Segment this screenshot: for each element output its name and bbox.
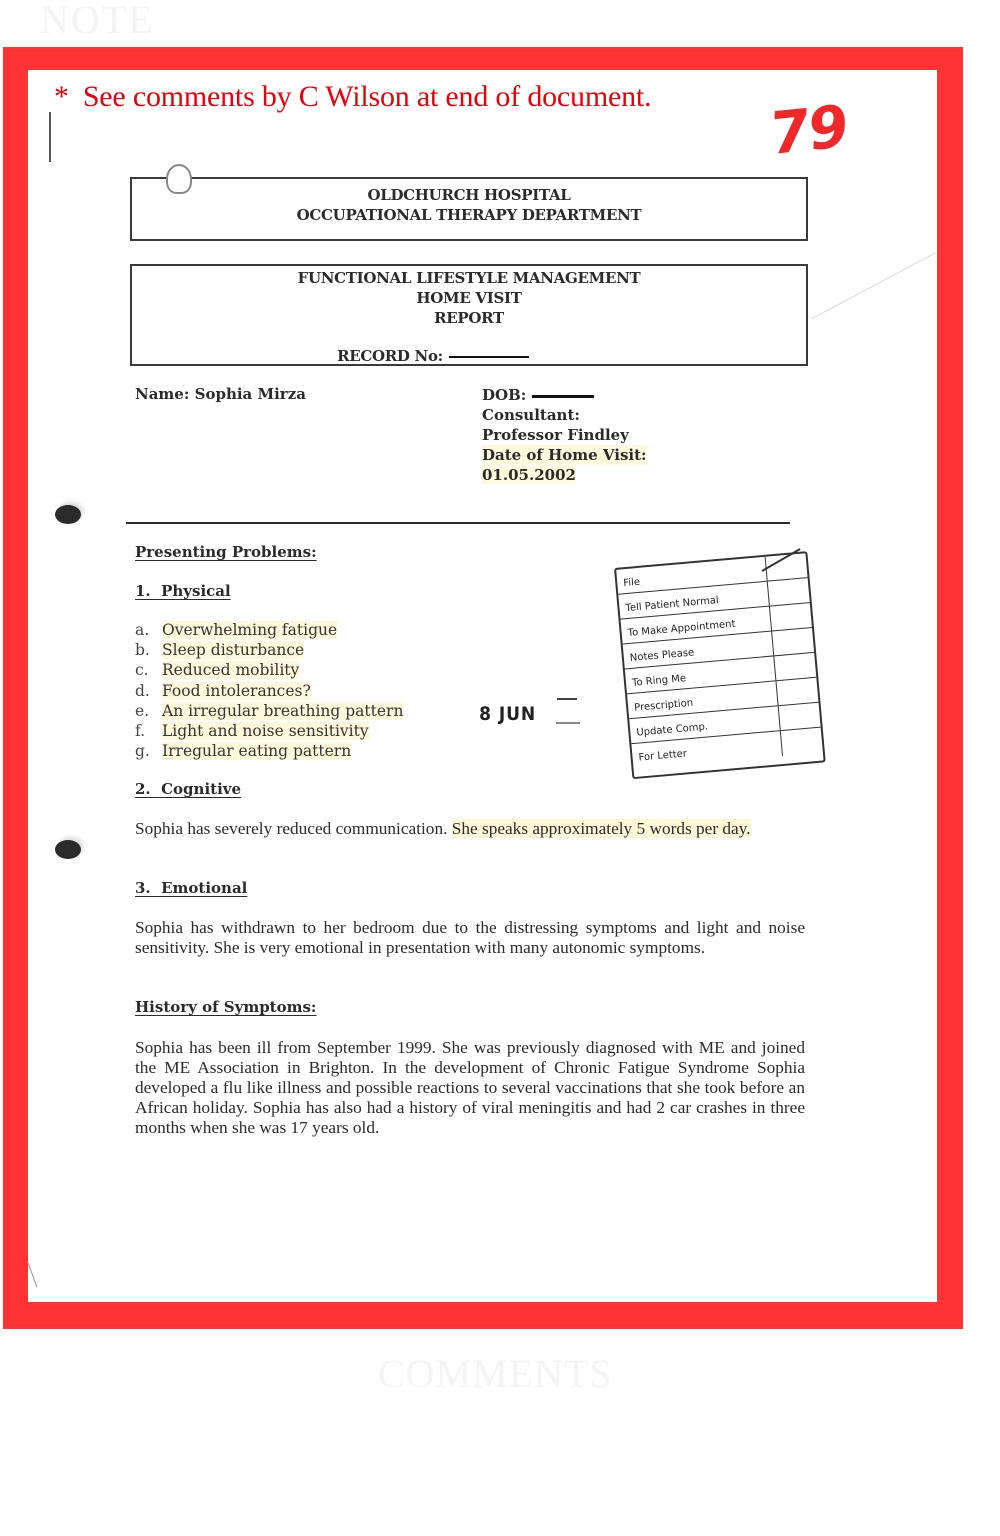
margin-mark	[49, 112, 51, 162]
comment-annotation: *See comments by C Wilson at end of docu…	[54, 80, 651, 114]
report-title-line1: FUNCTIONAL LIFESTYLE MANAGEMENT	[132, 268, 806, 288]
action-slip-checkbox	[773, 653, 816, 680]
redaction-bar	[532, 395, 594, 398]
action-slip-label: For Letter	[638, 748, 687, 763]
action-slip-checkbox	[771, 628, 814, 655]
redaction-bar	[449, 356, 529, 358]
list-item-label: e.	[135, 701, 162, 721]
punch-hole-icon	[55, 505, 81, 524]
emotional-paragraph: Sophia has withdrawn to her bedroom due …	[135, 918, 805, 958]
list-item-text: Sleep disturbance	[162, 641, 304, 659]
list-item-text: Overwhelming fatigue	[162, 621, 337, 639]
list-item: b.Sleep disturbance	[135, 640, 403, 660]
record-number: RECORD No:	[60, 346, 806, 366]
list-item-label: g.	[135, 741, 162, 761]
punch-hole-icon	[55, 840, 81, 859]
physical-problems-list: a.Overwhelming fatigueb.Sleep disturbanc…	[135, 620, 403, 761]
patient-name: Name: Sophia Mirza	[135, 385, 306, 403]
history-heading: History of Symptoms:	[135, 998, 316, 1016]
action-slip-checkbox	[780, 728, 823, 756]
list-item: c.Reduced mobility	[135, 660, 403, 680]
ghost-watermark-top: NOTE	[40, 0, 155, 43]
visit-date-value: 01.05.2002	[482, 465, 647, 485]
hospital-header-box: OLDCHURCH HOSPITAL OCCUPATIONAL THERAPY …	[130, 177, 808, 241]
list-item: a.Overwhelming fatigue	[135, 620, 403, 640]
consultant-value: Professor Findley	[482, 425, 647, 445]
list-item: f.Light and noise sensitivity	[135, 721, 403, 741]
binder-ring-icon	[166, 164, 192, 194]
handwritten-page-number: 79	[769, 92, 848, 169]
action-slip-label: Prescription	[634, 698, 694, 714]
consultant-label: Consultant:	[482, 405, 647, 425]
report-title-box: FUNCTIONAL LIFESTYLE MANAGEMENT HOME VIS…	[130, 264, 808, 366]
list-item-text: Irregular eating pattern	[162, 742, 351, 760]
cognitive-heading: 2. Cognitive	[135, 780, 241, 798]
action-slip-checkbox	[778, 703, 821, 730]
list-item-text: Reduced mobility	[162, 661, 299, 679]
action-slip-label: Update Comp.	[636, 721, 708, 738]
cognitive-paragraph: Sophia has severely reduced communicatio…	[135, 819, 805, 839]
divider	[126, 522, 790, 524]
record-label: RECORD No:	[337, 347, 443, 365]
list-item-text: An irregular breathing pattern	[162, 702, 403, 720]
annotation-text: See comments by C Wilson at end of docum…	[83, 80, 652, 113]
action-slip-label: To Ring Me	[632, 673, 687, 689]
physical-heading: 1. Physical	[135, 582, 231, 600]
date-stamp: 8 JUN	[479, 703, 536, 725]
visit-date-label: Date of Home Visit:	[482, 445, 647, 465]
patient-name-value: Sophia Mirza	[195, 385, 306, 403]
action-slip-checkbox	[775, 678, 818, 705]
list-item: e.An irregular breathing pattern	[135, 701, 403, 721]
stamp-mark	[557, 698, 577, 700]
list-item: d.Food intolerances?	[135, 681, 403, 701]
list-item-label: c.	[135, 660, 162, 680]
list-item: g.Irregular eating pattern	[135, 741, 403, 761]
action-slip-checkbox	[767, 578, 810, 605]
action-slip-label: File	[623, 577, 641, 589]
report-title-line3: REPORT	[132, 308, 806, 328]
patient-details: DOB: Consultant: Professor Findley Date …	[482, 385, 647, 485]
list-item-label: a.	[135, 620, 162, 640]
list-item-label: d.	[135, 681, 162, 701]
emotional-heading: 3. Emotional	[135, 879, 247, 897]
department-name: OCCUPATIONAL THERAPY DEPARTMENT	[132, 205, 806, 225]
presenting-problems-heading: Presenting Problems:	[135, 543, 317, 561]
stamp-mark	[556, 722, 580, 724]
dob-row: DOB:	[482, 385, 647, 405]
action-slip-checkbox	[769, 603, 812, 630]
list-item-text: Light and noise sensitivity	[162, 722, 369, 740]
hospital-name: OLDCHURCH HOSPITAL	[132, 185, 806, 205]
report-title-line2: HOME VISIT	[132, 288, 806, 308]
history-paragraph: Sophia has been ill from September 1999.…	[135, 1038, 805, 1138]
asterisk-marker: *	[54, 80, 69, 113]
action-slip: FileTell Patient NormalTo Make Appointme…	[614, 551, 826, 779]
ghost-watermark-bottom: COMMENTS	[378, 1350, 613, 1397]
action-slip-label: Notes Please	[629, 647, 694, 664]
list-item-label: b.	[135, 640, 162, 660]
list-item-label: f.	[135, 721, 162, 741]
list-item-text: Food intolerances?	[162, 682, 311, 700]
